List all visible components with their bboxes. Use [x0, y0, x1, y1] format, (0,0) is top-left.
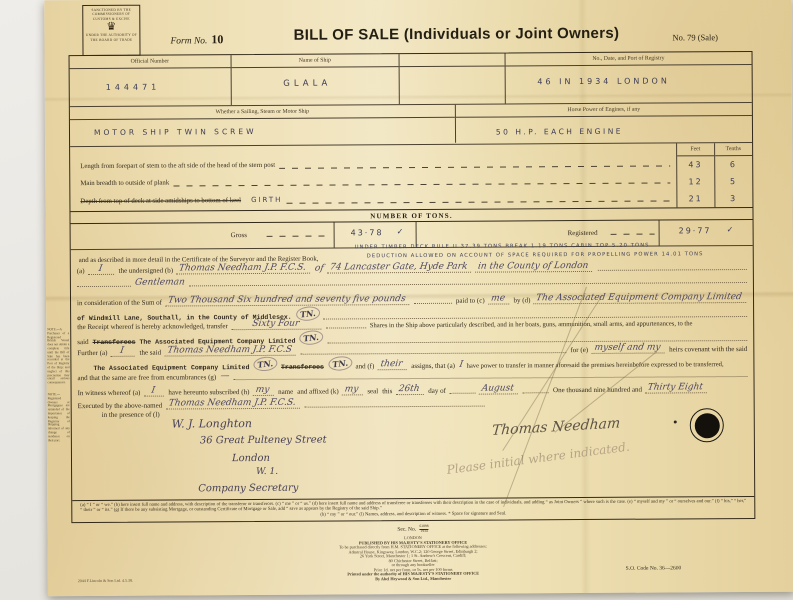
heirs-clause: heirs covenant with the said [669, 345, 747, 353]
name-word: name [278, 388, 293, 396]
initials-monogram: TN. [327, 355, 352, 372]
spare-cell [400, 53, 506, 104]
registered-check: ✓ [727, 225, 736, 234]
ship-type-cell: Whether a Sailing, Steam or Motor Ship M… [70, 105, 456, 145]
encumbrances-label: and that the same are free from encumbra… [77, 373, 216, 382]
this-word: this [382, 387, 392, 395]
breadth-label: Main breadth to outside of plank [80, 180, 169, 188]
tonnage-annotation-1: UNDER TIMBER DECK RULE II 37.39 TONS BRE… [355, 243, 650, 251]
port-registry-value: 46 IN 1934 LONDON [537, 76, 751, 86]
seal-word: seal [367, 387, 378, 395]
hand-i: I [88, 264, 116, 275]
executed-row: Executed by the above-named Thomas Needh… [78, 395, 748, 410]
hand-me: me [488, 293, 511, 304]
paid-to-label: paid to (c) [456, 297, 485, 305]
initials-monogram: TN. [253, 356, 278, 373]
subscribed-label: have hereunto subscribed (h) [168, 388, 249, 396]
feet-header: Feet [677, 143, 714, 156]
ship-type-table: Whether a Sailing, Steam or Motor Ship M… [70, 102, 752, 146]
hand-day: 26th [395, 384, 425, 395]
depth-row: Depth from top of deck at side amidships… [80, 193, 670, 205]
said-label: said [77, 338, 88, 346]
witness-label: In witness whereof (a) [78, 389, 141, 397]
stamp-text: THE BOARD OF TRADE [84, 37, 138, 42]
presence-label: in the presence of (l) [102, 411, 160, 419]
ship-name-value: GLALA [283, 78, 399, 89]
page-title: BILL OF SALE (Individuals or Joint Owner… [256, 25, 656, 44]
hand-transferee-company: The Associated Equipment Company Limited [534, 292, 748, 304]
ship-name-cell: Name of Ship GLALA [231, 54, 400, 105]
feet-column: Feet 43 12 21 [677, 143, 715, 207]
breadth-feet: 12 [677, 173, 714, 190]
gross-label: Gross [231, 231, 247, 239]
horse-power-cell: Horse Power of Engines, if any 50 H.P. E… [456, 103, 752, 143]
length-row: Length from forepart of stem to the aft … [80, 159, 670, 170]
initials-monogram: TN. [299, 329, 324, 346]
hand-dash: — [219, 371, 230, 381]
assigns-label: assigns, that (a) [411, 362, 455, 370]
breadth-row: Main breadth to outside of plank [80, 176, 670, 187]
section-number-bottom: 1934 [420, 530, 429, 534]
section-number-label: Sec. No. [397, 527, 416, 533]
witness-address-street: 36 Great Pulteney Street [200, 435, 327, 447]
length-label: Length from forepart of stem to the aft … [80, 162, 275, 170]
hand-i: I [458, 360, 463, 370]
ship-name-label: Name of Ship [231, 54, 399, 68]
registry-table: Official Number 144471 Name of Ship GLAL… [70, 52, 752, 106]
witness-role: Company Secretary [198, 483, 298, 495]
sale-number: No. 79 (Sale) [672, 32, 718, 42]
consideration-label: in consideration of the Sum of [77, 299, 162, 308]
hand-month: August [479, 383, 520, 394]
gross-check: ✓ [397, 227, 406, 236]
pencil-instruction: Please initial where indicated. [446, 440, 631, 477]
hand-transferor-county: in the County of London [475, 261, 594, 273]
depth-tenths: 3 [715, 190, 753, 207]
dash-leader [173, 179, 670, 186]
ship-type-label: Whether a Sailing, Steam or Motor Ship [70, 105, 455, 120]
dash-leader [286, 197, 670, 203]
port-registry-label: No., Date, and Port of Registry [505, 52, 751, 67]
the-said-label: the said [139, 349, 161, 357]
hand-my: my [342, 384, 364, 395]
witness-signature: W. J. Longhton [172, 417, 252, 430]
hand-i: I [144, 386, 166, 397]
length-feet: 43 [677, 156, 714, 173]
and-f-label: and (f) [355, 362, 374, 370]
hand-gentleman: Gentleman [134, 277, 185, 287]
further-label: Further (a) [77, 349, 107, 357]
length-tenths: 6 [715, 156, 753, 173]
official-number-label: Official Number [70, 55, 231, 69]
hand-sum: Two Thousand Six hundred and seventy fiv… [165, 294, 411, 307]
depth-feet: 21 [677, 190, 714, 207]
wax-seal [690, 408, 724, 442]
horse-power-label: Horse Power of Engines, if any [456, 103, 752, 118]
ship-type-value: MOTOR SHIP TWIN SCREW [94, 126, 455, 137]
hand-transferor-address: 74 Lancaster Gate, Hyde Park [327, 262, 473, 274]
hand-transferor-name: Thomas Needham J.P. F.C.S. [176, 263, 312, 275]
customs-stamp: SANCTIONED BY THE COMMISSIONERS OF CUSTO… [82, 5, 140, 56]
depth-label-struck: Depth from top of deck at side amidships… [80, 197, 241, 205]
hand-executor-name: Thomas Needham J.P. F.C.S. [165, 398, 301, 410]
publisher-imprint: LONDON PUBLISHED BY HIS MAJESTY'S STATIO… [47, 534, 778, 583]
hand-covenantor-name: Thomas Needham J.P. F.C.S [164, 345, 297, 357]
hand-shares: Sixty Four [231, 319, 323, 331]
official-number-value: 144471 [106, 82, 231, 92]
tenths-header: Tenths [715, 143, 753, 156]
registered-label: Registered [568, 229, 598, 237]
footnotes-section: (a) “ I ” or “ we.” (b) here insert full… [72, 496, 754, 519]
form-number-label: Form No. [170, 36, 207, 46]
undersigned-label: the undersigned (b) [119, 267, 173, 275]
witness-address-district: W. 1. [256, 467, 278, 477]
seal-dot [674, 420, 677, 423]
gentleman-row: Gentleman [77, 274, 747, 288]
year-prefix: One thousand nine hundred and [553, 386, 642, 395]
margin-note-purchaser: NOTE.—A Purchaser of a Registered Britis… [47, 328, 69, 385]
royal-crest-icon: ♛ [84, 21, 138, 33]
gross-value: 43·78 [351, 228, 384, 237]
form-number: Form No.10 [170, 30, 223, 48]
official-number-cell: Official Number 144471 [70, 55, 232, 106]
for-label: for (e) [570, 346, 588, 354]
hand-my: my [253, 385, 275, 396]
port-registry-cell: No., Date, and Port of Registry 46 IN 19… [505, 52, 752, 104]
document-paper: SANCTIONED BY THE COMMISSIONERS OF CUSTO… [44, 0, 793, 596]
affixed-label: and affixed (k) [297, 387, 339, 395]
dash-leader [279, 162, 670, 168]
by-label: by (d) [514, 296, 531, 304]
horse-power-value: 50 H.P. EACH ENGINE [496, 126, 752, 137]
form-number-value: 10 [211, 32, 223, 46]
dash-leader [611, 231, 655, 235]
executed-label: Executed by the above-named [78, 402, 163, 411]
feet-tenths-table: Feet 43 12 21 Tenths 6 5 3 [676, 143, 752, 207]
breadth-tenths: 5 [715, 173, 753, 190]
printer-code: 2044 F.Lincoln & Son Ltd. 4.5.38. [78, 578, 133, 583]
day-of-label: day of [428, 387, 446, 395]
stationery-office-code: S.O. Code No. 36—2600 [626, 565, 682, 571]
form-border: Official Number 144471 Name of Ship GLAL… [69, 51, 756, 523]
registered-value: 29·77 [679, 226, 712, 235]
hand-their: their [377, 359, 408, 370]
witness-address-city: London [232, 453, 270, 464]
hand-of: of [314, 264, 324, 274]
girth-annotation: GIRTH [251, 196, 282, 204]
tenths-column: Tenths 6 5 3 [715, 143, 753, 207]
note-a: (a) [77, 267, 85, 275]
dimensions-section: Feet 43 12 21 Tenths 6 5 3 Length from f… [70, 142, 752, 211]
dash-leader [267, 233, 329, 237]
hand-i: I [111, 346, 137, 357]
hand-year: Thirty Eight [645, 382, 709, 393]
margin-note-owners: NOTE.—Registered Owners or Mortgagees ar… [48, 393, 70, 442]
receipt-label: the Receipt whereof is hereby acknowledg… [77, 322, 228, 331]
scan-background: SANCTIONED BY THE COMMISSIONERS OF CUSTO… [0, 0, 793, 600]
tonnage-annotation-2: DEDUCTION ALLOWED ON ACCOUNT OF SPACE RE… [367, 251, 704, 259]
